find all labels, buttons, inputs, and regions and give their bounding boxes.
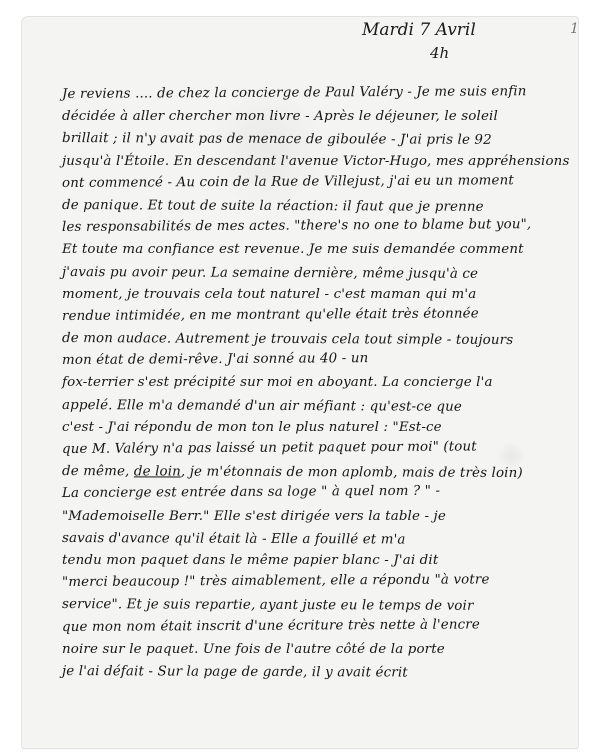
text-line: j'avais pu avoir peur. La semaine derniè… — [62, 262, 582, 286]
text-line: que mon nom était inscrit d'une écriture… — [62, 613, 582, 638]
text-line: fox-terrier s'est précipité sur moi en a… — [62, 372, 582, 394]
text-line: que M. Valéry n'a pas laissé un petit pa… — [62, 436, 582, 461]
text-line: La concierge est entrée dans sa loge " à… — [62, 480, 582, 505]
text-line: mon état de demi-rêve. J'ai sonné au 40 … — [62, 347, 582, 372]
text-line: je l'ai défait - Sur la page de garde, i… — [62, 661, 582, 685]
text-line: les responsabilités de mes actes. "there… — [62, 214, 582, 239]
text-line: "Mademoiselle Berr." Elle s'est dirigée … — [62, 506, 582, 528]
text-line: Je reviens .... de chez la concierge de … — [62, 81, 582, 106]
text-line: appelé. Elle m'a demandé d'un air méfian… — [62, 395, 582, 419]
text-line: ont commencé - Au coin de la Rue de Vill… — [62, 170, 582, 195]
text-line: décidée à aller chercher mon livre - Apr… — [62, 106, 582, 128]
manuscript-body: Je reviens .... de chez la concierge de … — [62, 84, 582, 683]
underlined-phrase: de loin — [134, 465, 181, 480]
text-line: rendue intimidée, en me montrant qu'elle… — [62, 303, 582, 328]
text-line: "merci beaucoup !" très aimablement, ell… — [62, 569, 582, 594]
text-line: noire sur le paquet. Une fois de l'autre… — [62, 639, 582, 661]
text-line: savais d'avance qu'il était là - Elle a … — [62, 528, 582, 552]
entry-date: Mardi 7 Avril — [362, 20, 476, 40]
text-line: Et toute ma confiance est revenue. Je me… — [62, 239, 582, 261]
entry-time: 4h — [430, 44, 449, 62]
page-number: 1 — [570, 21, 579, 37]
text-line: brillait ; il n'y avait pas de menace de… — [62, 128, 582, 152]
